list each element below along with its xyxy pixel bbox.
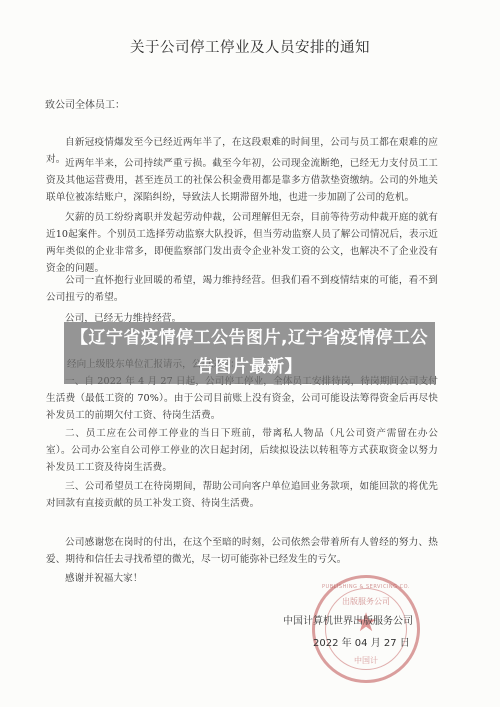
caption-overlay-text: 【辽宁省疫情停工公告图片,辽宁省疫情停工公告图片最新】 (64, 324, 435, 382)
signature-date: 2022 年 04 月 27 日 (313, 634, 410, 649)
paragraph-losses: 近两年半来，公司持续严重亏损。截至今年初，公司现金流断绝，已经无力支付员工工资及… (46, 155, 438, 206)
salutation: 致公司全体员工： (45, 96, 125, 111)
paragraph-thanks: 公司感谢您在岗时的付出，在这个至暗的时刻，公司依然会带着所有人曾经的努力、热爱、… (46, 534, 438, 568)
paragraph-item-two: 二、员工应在公司停工停业的当日下班前，带离私人物品（凡公司资产需留在办公室）。公… (46, 425, 438, 476)
paragraph-arbitration: 欠薪的员工纷纷离职并发起劳动仲裁，公司理解但无奈，目前等待劳动仲裁开庭的就有近1… (46, 209, 438, 277)
document-title: 关于公司停工停业及人员安排的通知 (0, 36, 500, 57)
seal-center-text: 出版服务公司 (315, 596, 417, 607)
signer-company: 中国计算机世界出版服务公司 (283, 612, 413, 627)
paragraph-item-three: 三、公司希望员工在待岗期间，帮助公司向客户单位追回业务款项，如能回款的将优先对回… (46, 478, 438, 512)
paragraph-hope: 公司一直怀抱行业回暖的希望，竭力维持经营。但我们看不到疫情结束的可能，看不到公司… (46, 272, 438, 306)
seal-bottom-text: 中国计 (315, 655, 417, 666)
company-seal: PUBLISHING & SERVICING CO. 出版服务公司 ★ 中国计 (312, 575, 420, 683)
seal-ring-text: PUBLISHING & SERVICING CO. (315, 584, 417, 590)
document-page: 关于公司停工停业及人员安排的通知 致公司全体员工： 自新冠疫情爆发至今已经近两年… (0, 0, 500, 707)
